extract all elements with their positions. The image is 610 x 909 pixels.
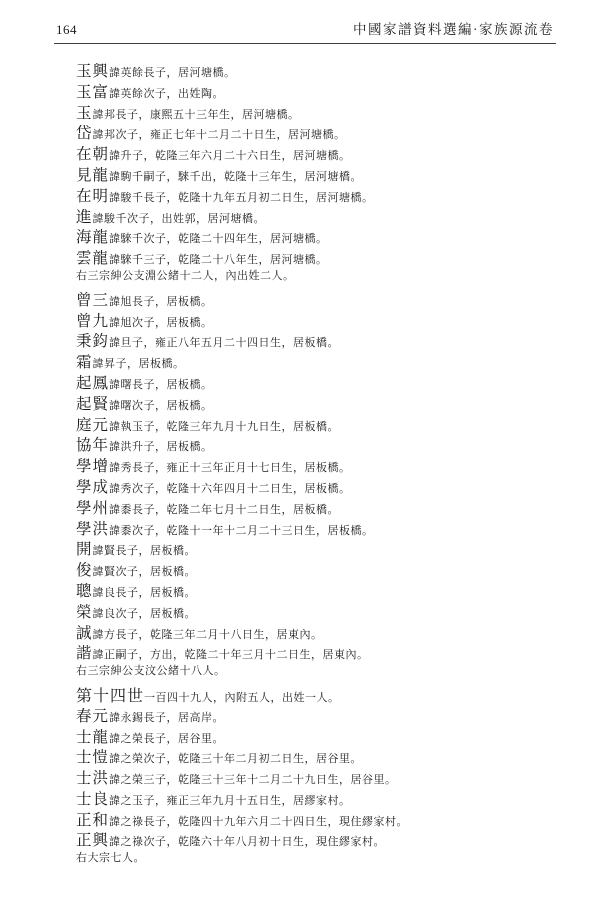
person-name: 學州 — [76, 496, 109, 518]
entry-detail: 諱英餘長子，居河塘橋。 — [109, 64, 236, 80]
entry-detail: 諱方長子，乾隆三年二月十八日生，居東內。 — [93, 626, 323, 642]
person-name: 學增 — [76, 454, 109, 476]
entry-detail: 諱執玉子，乾隆三年九月十九日生，居板橋。 — [109, 418, 339, 434]
person-name: 學洪 — [76, 517, 109, 539]
entry-detail: 諱旦子，雍正八年五月二十四日生，居板橋。 — [109, 334, 339, 350]
genealogy-line: 玉富諱英餘次子，出姓陶。 — [76, 80, 570, 101]
entry-detail: 諱邦長子，康熙五十三年生，居河塘橋。 — [93, 106, 300, 122]
person-name: 協年 — [76, 433, 109, 455]
genealogy-line: 庭元諱執玉子，乾隆三年九月十九日生，居板橋。 — [76, 413, 570, 434]
genealogy-entry-list: 玉興諱英餘長子，居河塘橋。玉富諱英餘次子，出姓陶。玉諱邦長子，康熙五十三年生，居… — [0, 44, 610, 870]
genealogy-line: 學州諱黍長子，乾隆二年七月十二日生，居板橋。 — [76, 496, 570, 517]
entry-detail: 諱升子，乾隆三年六月二十六日生，居河塘橋。 — [109, 147, 351, 163]
person-name: 士龍 — [76, 725, 109, 747]
genealogy-line: 海龍諱騋千次子，乾隆二十四年生，居河塘橋。 — [76, 225, 570, 246]
person-name: 聰 — [76, 579, 93, 601]
entry-detail: 諱黍長子，乾隆二年七月十二日生，居板橋。 — [109, 501, 339, 517]
summary-note-line: 右三宗紳公支汶公緒十八人。 — [76, 662, 570, 683]
person-name: 在明 — [76, 184, 109, 206]
page-number: 164 — [56, 22, 77, 38]
person-name: 榮 — [76, 600, 93, 622]
entry-detail: 諱洪升子，居板橋。 — [109, 438, 213, 454]
genealogy-line: 玉興諱英餘長子，居河塘橋。 — [76, 59, 570, 80]
entry-detail: 諱曙次子，居板橋。 — [109, 397, 213, 413]
person-name: 起賢 — [76, 392, 109, 414]
summary-note-line: 右三宗紳公支淵公緒十二人，內出姓二人。 — [76, 267, 570, 288]
entry-detail: 諱黍次子，乾隆十一年十二月二十三日生，居板橋。 — [109, 522, 374, 538]
genealogy-line: 誠諱方長子，乾隆三年二月十八日生，居東內。 — [76, 621, 570, 642]
genealogy-line: 起賢諱曙次子，居板橋。 — [76, 392, 570, 413]
entry-detail: 諱曙長子，居板橋。 — [109, 376, 213, 392]
entry-detail: 右三宗紳公支汶公緒十八人。 — [76, 662, 226, 678]
person-name: 海龍 — [76, 225, 109, 247]
entry-detail: 諱賢長子，居板橋。 — [93, 542, 197, 558]
entry-detail: 諱邦次子，雍正七年十二月二十日生，居河塘橋。 — [93, 126, 346, 142]
genealogy-line: 正和諱之祿長子，乾隆四十九年六月二十四日生，現住繆家村。 — [76, 808, 570, 829]
entry-detail: 諱秀次子，乾隆十六年四月十二日生，居板橋。 — [109, 480, 351, 496]
entry-detail: 諱之玉子，雍正三年九月十五日生，居繆家村。 — [109, 792, 351, 808]
generation-heading-line: 第十四世一百四十九人，內附五人，出姓一人。 — [76, 683, 570, 704]
entry-detail: 諱賢次子，居板橋。 — [93, 563, 197, 579]
genealogy-line: 在明諱駿千長子，乾隆十九年五月初二日生，居河塘橋。 — [76, 184, 570, 205]
person-name: 開 — [76, 537, 93, 559]
person-name: 秉鈞 — [76, 329, 109, 351]
genealogy-line: 見龍諱駒千嗣子，騋千出，乾隆十三年生，居河塘橋。 — [76, 163, 570, 184]
genealogy-line: 在朝諱升子，乾隆三年六月二十六日生，居河塘橋。 — [76, 142, 570, 163]
genealogy-line: 春元諱永錫長子，居高岸。 — [76, 704, 570, 725]
summary-note-line: 右大宗七人。 — [76, 849, 570, 870]
entry-detail: 右三宗紳公支淵公緒十二人，內出姓二人。 — [76, 267, 295, 283]
entry-detail: 諱之榮三子，乾隆三十三年十二月二十九日生，居谷里。 — [109, 771, 397, 787]
entry-detail: 一百四十九人，內附五人，出姓一人。 — [144, 689, 340, 705]
genealogy-line: 秉鈞諱旦子，雍正八年五月二十四日生，居板橋。 — [76, 329, 570, 350]
entry-detail: 諱之祿次子，乾隆六十年八月初十日生，現住繆家村。 — [109, 833, 385, 849]
person-name: 玉 — [76, 101, 93, 123]
genealogy-line: 開諱賢長子，居板橋。 — [76, 537, 570, 558]
person-name: 士愷 — [76, 745, 109, 767]
genealogy-line: 士愷諱之榮次子，乾隆三十年二月初二日生，居谷里。 — [76, 745, 570, 766]
genealogy-line: 士良諱之玉子，雍正三年九月十五日生，居繆家村。 — [76, 787, 570, 808]
genealogy-line: 學成諱秀次子，乾隆十六年四月十二日生，居板橋。 — [76, 475, 570, 496]
person-name: 第十四世 — [76, 683, 144, 706]
entry-detail: 諱騋千三子，乾隆二十八年生，居河塘橋。 — [109, 251, 328, 267]
entry-detail: 右大宗七人。 — [76, 849, 145, 865]
entry-detail: 諱駿千長子，乾隆十九年五月初二日生，居河塘橋。 — [109, 189, 374, 205]
entry-detail: 諱旭次子，居板橋。 — [109, 314, 213, 330]
person-name: 學成 — [76, 475, 109, 497]
genealogy-line: 俊諱賢次子，居板橋。 — [76, 558, 570, 579]
person-name: 玉興 — [76, 59, 109, 81]
genealogy-line: 學洪諱黍次子，乾隆十一年十二月二十三日生，居板橋。 — [76, 517, 570, 538]
entry-detail: 諱英餘次子，出姓陶。 — [109, 85, 224, 101]
person-name: 雲龍 — [76, 246, 109, 268]
person-name: 曾九 — [76, 309, 109, 331]
genealogy-line: 進諱駿千次子，出姓郭，居河塘橋。 — [76, 205, 570, 226]
page-header: 164 中國家譜資料選編·家族源流卷 — [0, 0, 610, 43]
entry-detail: 諱旭長子，居板橋。 — [109, 293, 213, 309]
genealogy-line: 協年諱洪升子，居板橋。 — [76, 433, 570, 454]
genealogy-line: 榮諱良次子，居板橋。 — [76, 600, 570, 621]
entry-detail: 諱永錫長子，居高岸。 — [109, 709, 224, 725]
person-name: 岱 — [76, 121, 93, 143]
person-name: 玉富 — [76, 80, 109, 102]
person-name: 霜 — [76, 350, 93, 372]
person-name: 正和 — [76, 808, 109, 830]
entry-detail: 諱駒千嗣子，騋千出，乾隆十三年生，居河塘橋。 — [109, 168, 362, 184]
genealogy-line: 聰諱良長子，居板橋。 — [76, 579, 570, 600]
genealogy-line: 霜諱昇子，居板橋。 — [76, 350, 570, 371]
genealogy-line: 正興諱之祿次子，乾隆六十年八月初十日生，現住繆家村。 — [76, 828, 570, 849]
person-name: 諧 — [76, 641, 93, 663]
entry-detail: 諱駿千次子，出姓郭，居河塘橋。 — [93, 210, 266, 226]
genealogy-line: 起鳳諱曙長子，居板橋。 — [76, 371, 570, 392]
person-name: 誠 — [76, 621, 93, 643]
genealogy-line: 雲龍諱騋千三子，乾隆二十八年生，居河塘橋。 — [76, 246, 570, 267]
entry-detail: 諱之祿長子，乾隆四十九年六月二十四日生，現住繆家村。 — [109, 813, 408, 829]
entry-detail: 諱正嗣子，方出，乾隆二十年三月十二日生，居東內。 — [93, 646, 369, 662]
person-name: 庭元 — [76, 413, 109, 435]
genealogy-line: 曾三諱旭長子，居板橋。 — [76, 288, 570, 309]
genealogy-line: 士龍諱之榮長子，居谷里。 — [76, 725, 570, 746]
book-page: 164 中國家譜資料選編·家族源流卷 玉興諱英餘長子，居河塘橋。玉富諱英餘次子，… — [0, 0, 610, 909]
person-name: 士良 — [76, 787, 109, 809]
genealogy-line: 玉諱邦長子，康熙五十三年生，居河塘橋。 — [76, 101, 570, 122]
entry-detail: 諱之榮長子，居谷里。 — [109, 730, 224, 746]
entry-detail: 諱良長子，居板橋。 — [93, 584, 197, 600]
genealogy-line: 曾九諱旭次子，居板橋。 — [76, 309, 570, 330]
person-name: 進 — [76, 205, 93, 227]
genealogy-line: 岱諱邦次子，雍正七年十二月二十日生，居河塘橋。 — [76, 121, 570, 142]
person-name: 曾三 — [76, 288, 109, 310]
entry-detail: 諱騋千次子，乾隆二十四年生，居河塘橋。 — [109, 230, 328, 246]
person-name: 起鳳 — [76, 371, 109, 393]
entry-detail: 諱良次子，居板橋。 — [93, 605, 197, 621]
person-name: 春元 — [76, 704, 109, 726]
entry-detail: 諱昇子，居板橋。 — [93, 355, 185, 371]
genealogy-line: 士洪諱之榮三子，乾隆三十三年十二月二十九日生，居谷里。 — [76, 766, 570, 787]
person-name: 俊 — [76, 558, 93, 580]
person-name: 士洪 — [76, 766, 109, 788]
genealogy-line: 諧諱正嗣子，方出，乾隆二十年三月十二日生，居東內。 — [76, 641, 570, 662]
entry-detail: 諱秀長子，雍正十三年正月十七日生，居板橋。 — [109, 459, 351, 475]
person-name: 正興 — [76, 828, 109, 850]
book-title: 中國家譜資料選編·家族源流卷 — [353, 18, 554, 38]
person-name: 在朝 — [76, 142, 109, 164]
person-name: 見龍 — [76, 163, 109, 185]
genealogy-line: 學增諱秀長子，雍正十三年正月十七日生，居板橋。 — [76, 454, 570, 475]
entry-detail: 諱之榮次子，乾隆三十年二月初二日生，居谷里。 — [109, 750, 362, 766]
